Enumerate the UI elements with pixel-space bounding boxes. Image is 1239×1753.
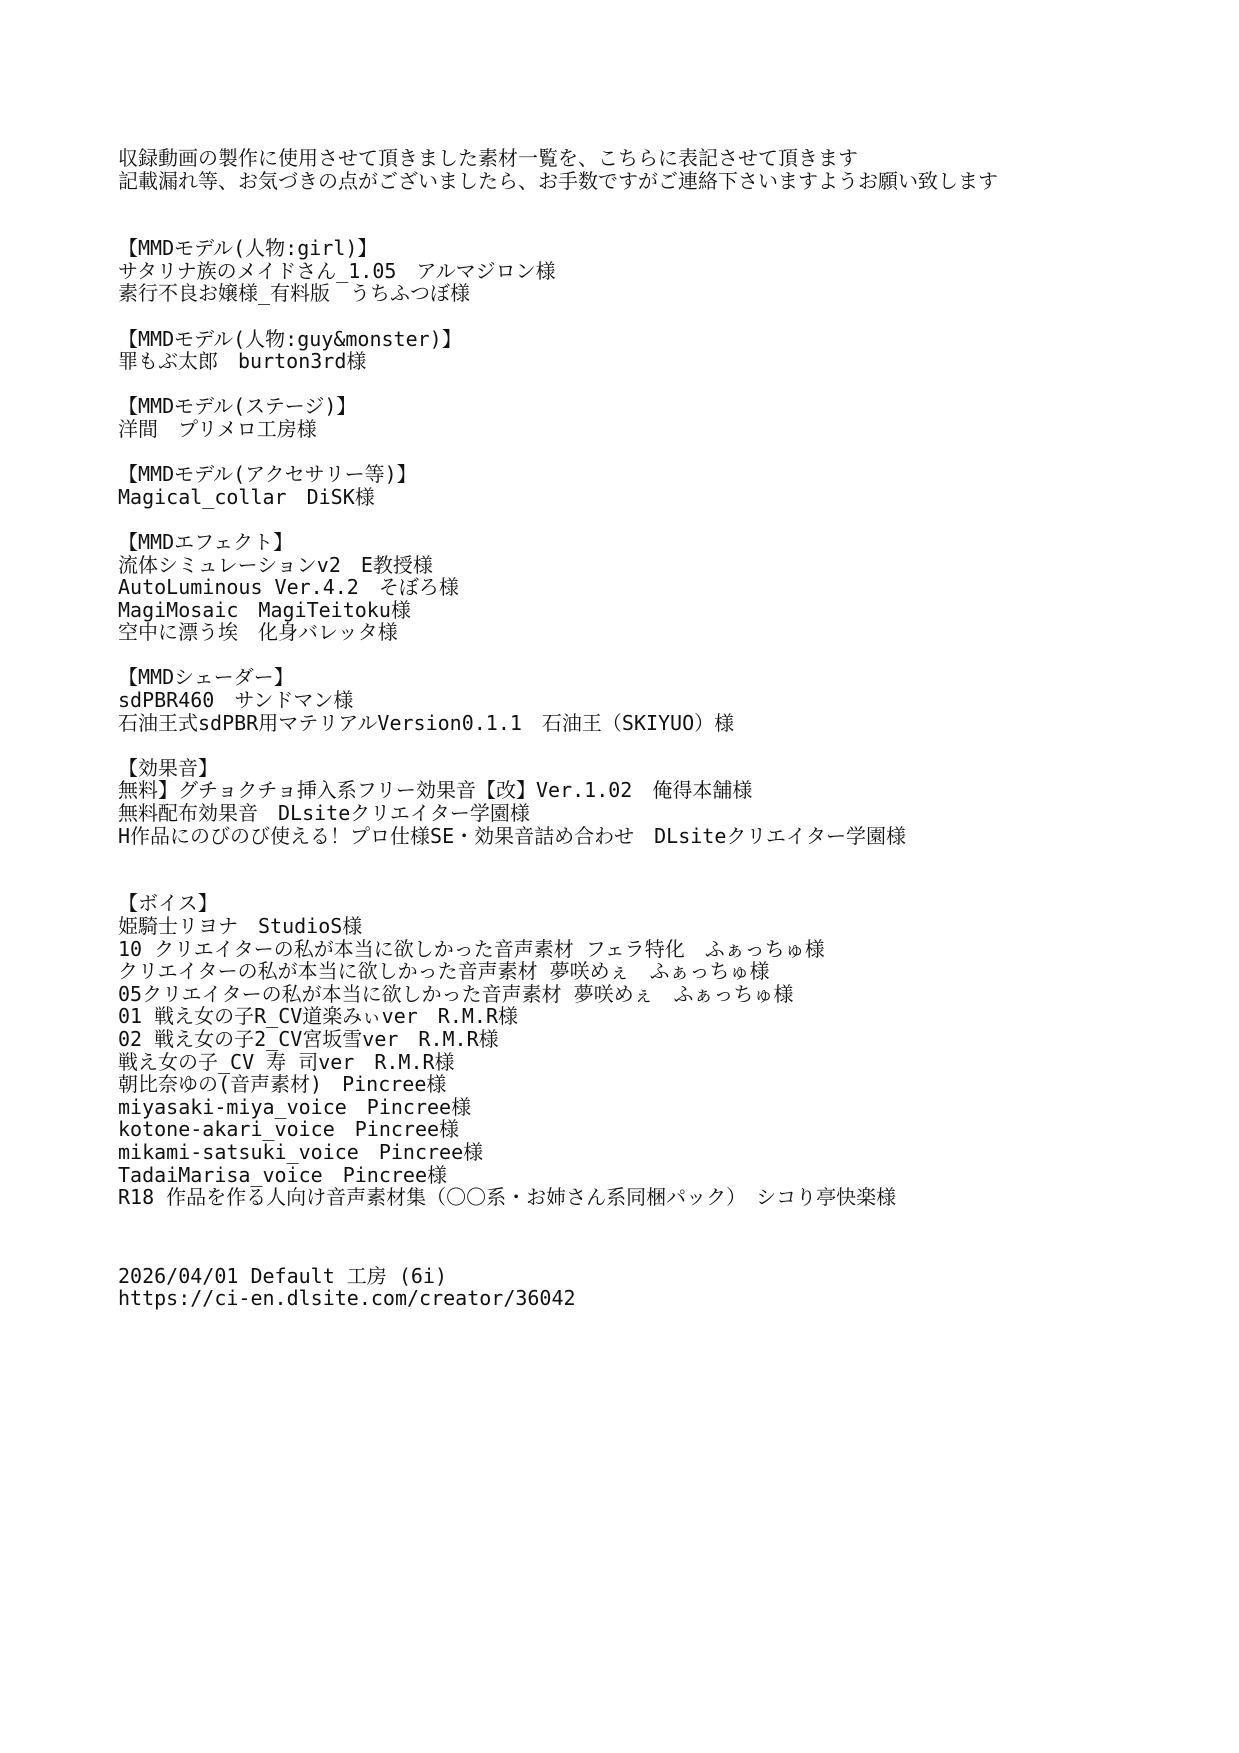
credit-item: H作品にのびのび使える！プロ仕様SE・効果音詰め合わせ DLsiteクリエイター… <box>118 825 1110 848</box>
section-heading: 【MMDモデル(人物:girl)】 <box>118 237 1110 260</box>
credit-item: 10 クリエイターの私が本当に欲しかった音声素材 フェラ特化 ふぁっちゅ様 <box>118 938 1110 961</box>
credit-item: 01 戦え女の子R_CV道楽みぃver R.M.R様 <box>118 1005 1110 1028</box>
credit-item: miyasaki-miya_voice Pincree様 <box>118 1096 1110 1119</box>
credit-item: 無料配布効果音 DLsiteクリエイター学園様 <box>118 802 1110 825</box>
section-heading: 【効果音】 <box>118 757 1110 780</box>
section-mmd-shader: 【MMDシェーダー】 sdPBR460 サンドマン様 石油王式sdPBR用マテリ… <box>118 666 1110 734</box>
intro-line: 収録動画の製作に使用させて頂きました素材一覧を、こちらに表記させて頂きます <box>118 147 1110 170</box>
section-heading: 【MMDモデル(アクセサリー等)】 <box>118 463 1110 486</box>
credit-item: MagiMosaic MagiTeitoku様 <box>118 599 1110 622</box>
section-heading: 【MMDシェーダー】 <box>118 666 1110 689</box>
credit-item: 素行不良お嬢様_有料版 うちふつぼ様 <box>118 282 1110 305</box>
credit-item: 洋間 プリメロ工房様 <box>118 418 1110 441</box>
credit-item: サタリナ族のメイドさん_1.05 アルマジロン様 <box>118 260 1110 283</box>
section-mmd-model-accessory: 【MMDモデル(アクセサリー等)】 Magical_collar DiSK様 <box>118 463 1110 508</box>
footer-date-line: 2026/04/01 Default 工房 (6i) <box>118 1265 1110 1288</box>
credit-item: 無料】グチョクチョ挿入系フリー効果音【改】Ver.1.02 俺得本舗様 <box>118 779 1110 802</box>
credit-item: 空中に漂う埃 化身バレッタ様 <box>118 621 1110 644</box>
section-mmd-model-guy-monster: 【MMDモデル(人物:guy&monster)】 罪もぶ太郎 burton3rd… <box>118 328 1110 373</box>
footer-url: https://ci-en.dlsite.com/creator/36042 <box>118 1287 1110 1310</box>
credit-item: Magical_collar DiSK様 <box>118 486 1110 509</box>
intro-paragraph: 収録動画の製作に使用させて頂きました素材一覧を、こちらに表記させて頂きます 記載… <box>118 147 1110 192</box>
credit-item: mikami-satsuki_voice Pincree様 <box>118 1141 1110 1164</box>
credit-item: 朝比奈ゆの(音声素材) Pincree様 <box>118 1073 1110 1096</box>
credit-item: 02 戦え女の子2_CV宮坂雪ver R.M.R様 <box>118 1028 1110 1051</box>
credit-item: 流体シミュレーションv2 E教授様 <box>118 554 1110 577</box>
section-sound-effects: 【効果音】 無料】グチョクチョ挿入系フリー効果音【改】Ver.1.02 俺得本舗… <box>118 757 1110 847</box>
credit-item: 石油王式sdPBR用マテリアルVersion0.1.1 石油王（SKIYUO）様 <box>118 712 1110 735</box>
section-heading: 【ボイス】 <box>118 892 1110 915</box>
credit-item: AutoLuminous Ver.4.2 そぼろ様 <box>118 576 1110 599</box>
section-voice: 【ボイス】 姫騎士リヨナ StudioS様 10 クリエイターの私が本当に欲しか… <box>118 892 1110 1208</box>
section-heading: 【MMDエフェクト】 <box>118 531 1110 554</box>
section-heading: 【MMDモデル(人物:guy&monster)】 <box>118 328 1110 351</box>
intro-line: 記載漏れ等、お気づきの点がございましたら、お手数ですがご連絡下さいますようお願い… <box>118 170 1110 193</box>
section-mmd-model-stage: 【MMDモデル(ステージ)】 洋間 プリメロ工房様 <box>118 395 1110 440</box>
credit-item: R18 作品を作る人向け音声素材集（〇〇系・お姉さん系同梱パック） シコり亭快楽… <box>118 1186 1110 1209</box>
credit-item: 戦え女の子_CV 寿 司ver R.M.R様 <box>118 1051 1110 1074</box>
credit-item: 姫騎士リヨナ StudioS様 <box>118 915 1110 938</box>
section-mmd-model-girl: 【MMDモデル(人物:girl)】 サタリナ族のメイドさん_1.05 アルマジロ… <box>118 237 1110 305</box>
credit-item: 05クリエイターの私が本当に欲しかった音声素材 夢咲めぇ ふぁっちゅ様 <box>118 983 1110 1006</box>
credit-item: 罪もぶ太郎 burton3rd様 <box>118 350 1110 373</box>
section-mmd-effect: 【MMDエフェクト】 流体シミュレーションv2 E教授様 AutoLuminou… <box>118 531 1110 644</box>
credit-item: sdPBR460 サンドマン様 <box>118 689 1110 712</box>
credit-item: クリエイターの私が本当に欲しかった音声素材 夢咲めぇ ふぁっちゅ様 <box>118 960 1110 983</box>
footer: 2026/04/01 Default 工房 (6i) https://ci-en… <box>118 1265 1110 1310</box>
credit-item: TadaiMarisa_voice Pincree様 <box>118 1164 1110 1187</box>
section-heading: 【MMDモデル(ステージ)】 <box>118 395 1110 418</box>
credits-document: 収録動画の製作に使用させて頂きました素材一覧を、こちらに表記させて頂きます 記載… <box>118 147 1110 1310</box>
credit-item: kotone-akari_voice Pincree様 <box>118 1118 1110 1141</box>
